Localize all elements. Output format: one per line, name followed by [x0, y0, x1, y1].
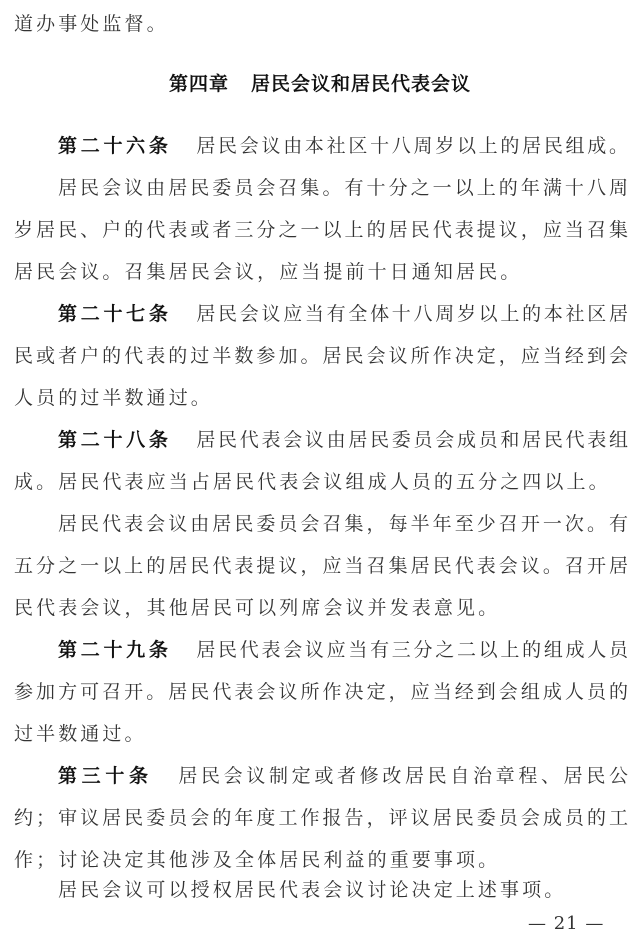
article-29-line-3: 过半数通过。: [14, 719, 628, 749]
article-28-line-1: 第二十八条居民代表会议由居民委员会成员和居民代表组: [58, 425, 628, 455]
article-30-line-3: 作；讨论决定其他涉及全体居民利益的重要事项。: [14, 845, 628, 875]
article-28-line-5: 民代表会议，其他居民可以列席会议并发表意见。: [14, 593, 628, 623]
page-number: — 21 —: [528, 913, 604, 934]
chapter-title: 居民会议和居民代表会议: [251, 73, 471, 95]
article-30-line-4: 居民会议可以授权居民代表会议讨论决定上述事项。: [58, 875, 628, 905]
article-26-line-1: 第二十六条居民会议由本社区十八周岁以上的居民组成。: [58, 131, 628, 161]
article-text: 居民代表会议由居民委员会成员和居民代表组: [194, 429, 628, 451]
article-text: 居民会议制定或者修改居民自治章程、居民公: [175, 765, 628, 787]
article-30-number: 第三十条: [58, 765, 153, 787]
article-27-line-3: 人员的过半数通过。: [14, 383, 628, 413]
chapter-heading: 第四章居民会议和居民代表会议: [0, 69, 640, 96]
article-30-line-2: 约；审议居民委员会的年度工作报告，评议居民委员会成员的工: [14, 803, 628, 833]
article-26-number: 第二十六条: [58, 135, 172, 157]
article-28-line-3: 居民代表会议由居民委员会召集，每半年至少召开一次。有: [58, 509, 628, 539]
article-26-line-4: 居民会议。召集居民会议，应当提前十日通知居民。: [14, 257, 628, 287]
article-27-line-2: 民或者户的代表的过半数参加。居民会议所作决定，应当经到会: [14, 341, 628, 371]
article-text: 居民会议由本社区十八周岁以上的居民组成。: [194, 135, 628, 157]
article-26-line-3: 岁居民、户的代表或者三分之一以上的居民代表提议，应当召集: [14, 215, 628, 245]
article-text: 居民代表会议应当有三分之二以上的组成人员: [194, 639, 628, 661]
article-26-line-2: 居民会议由居民委员会召集。有十分之一以上的年满十八周: [58, 173, 628, 203]
chapter-number: 第四章: [169, 73, 229, 95]
article-28-line-2: 成。居民代表应当占居民代表会议组成人员的五分之四以上。: [14, 467, 628, 497]
article-30-line-1: 第三十条居民会议制定或者修改居民自治章程、居民公: [58, 761, 628, 791]
article-29-line-2: 参加方可召开。居民代表会议所作决定，应当经到会组成人员的: [14, 677, 628, 707]
top-fragment: 道办事处监督。: [14, 9, 628, 39]
article-27-line-1: 第二十七条居民会议应当有全体十八周岁以上的本社区居: [58, 299, 628, 329]
article-27-number: 第二十七条: [58, 303, 172, 325]
article-28-line-4: 五分之一以上的居民代表提议，应当召集居民代表会议。召开居: [14, 551, 628, 581]
article-text: 居民会议应当有全体十八周岁以上的本社区居: [194, 303, 628, 325]
article-29-line-1: 第二十九条居民代表会议应当有三分之二以上的组成人员: [58, 635, 628, 665]
article-28-number: 第二十八条: [58, 429, 172, 451]
article-29-number: 第二十九条: [58, 639, 172, 661]
